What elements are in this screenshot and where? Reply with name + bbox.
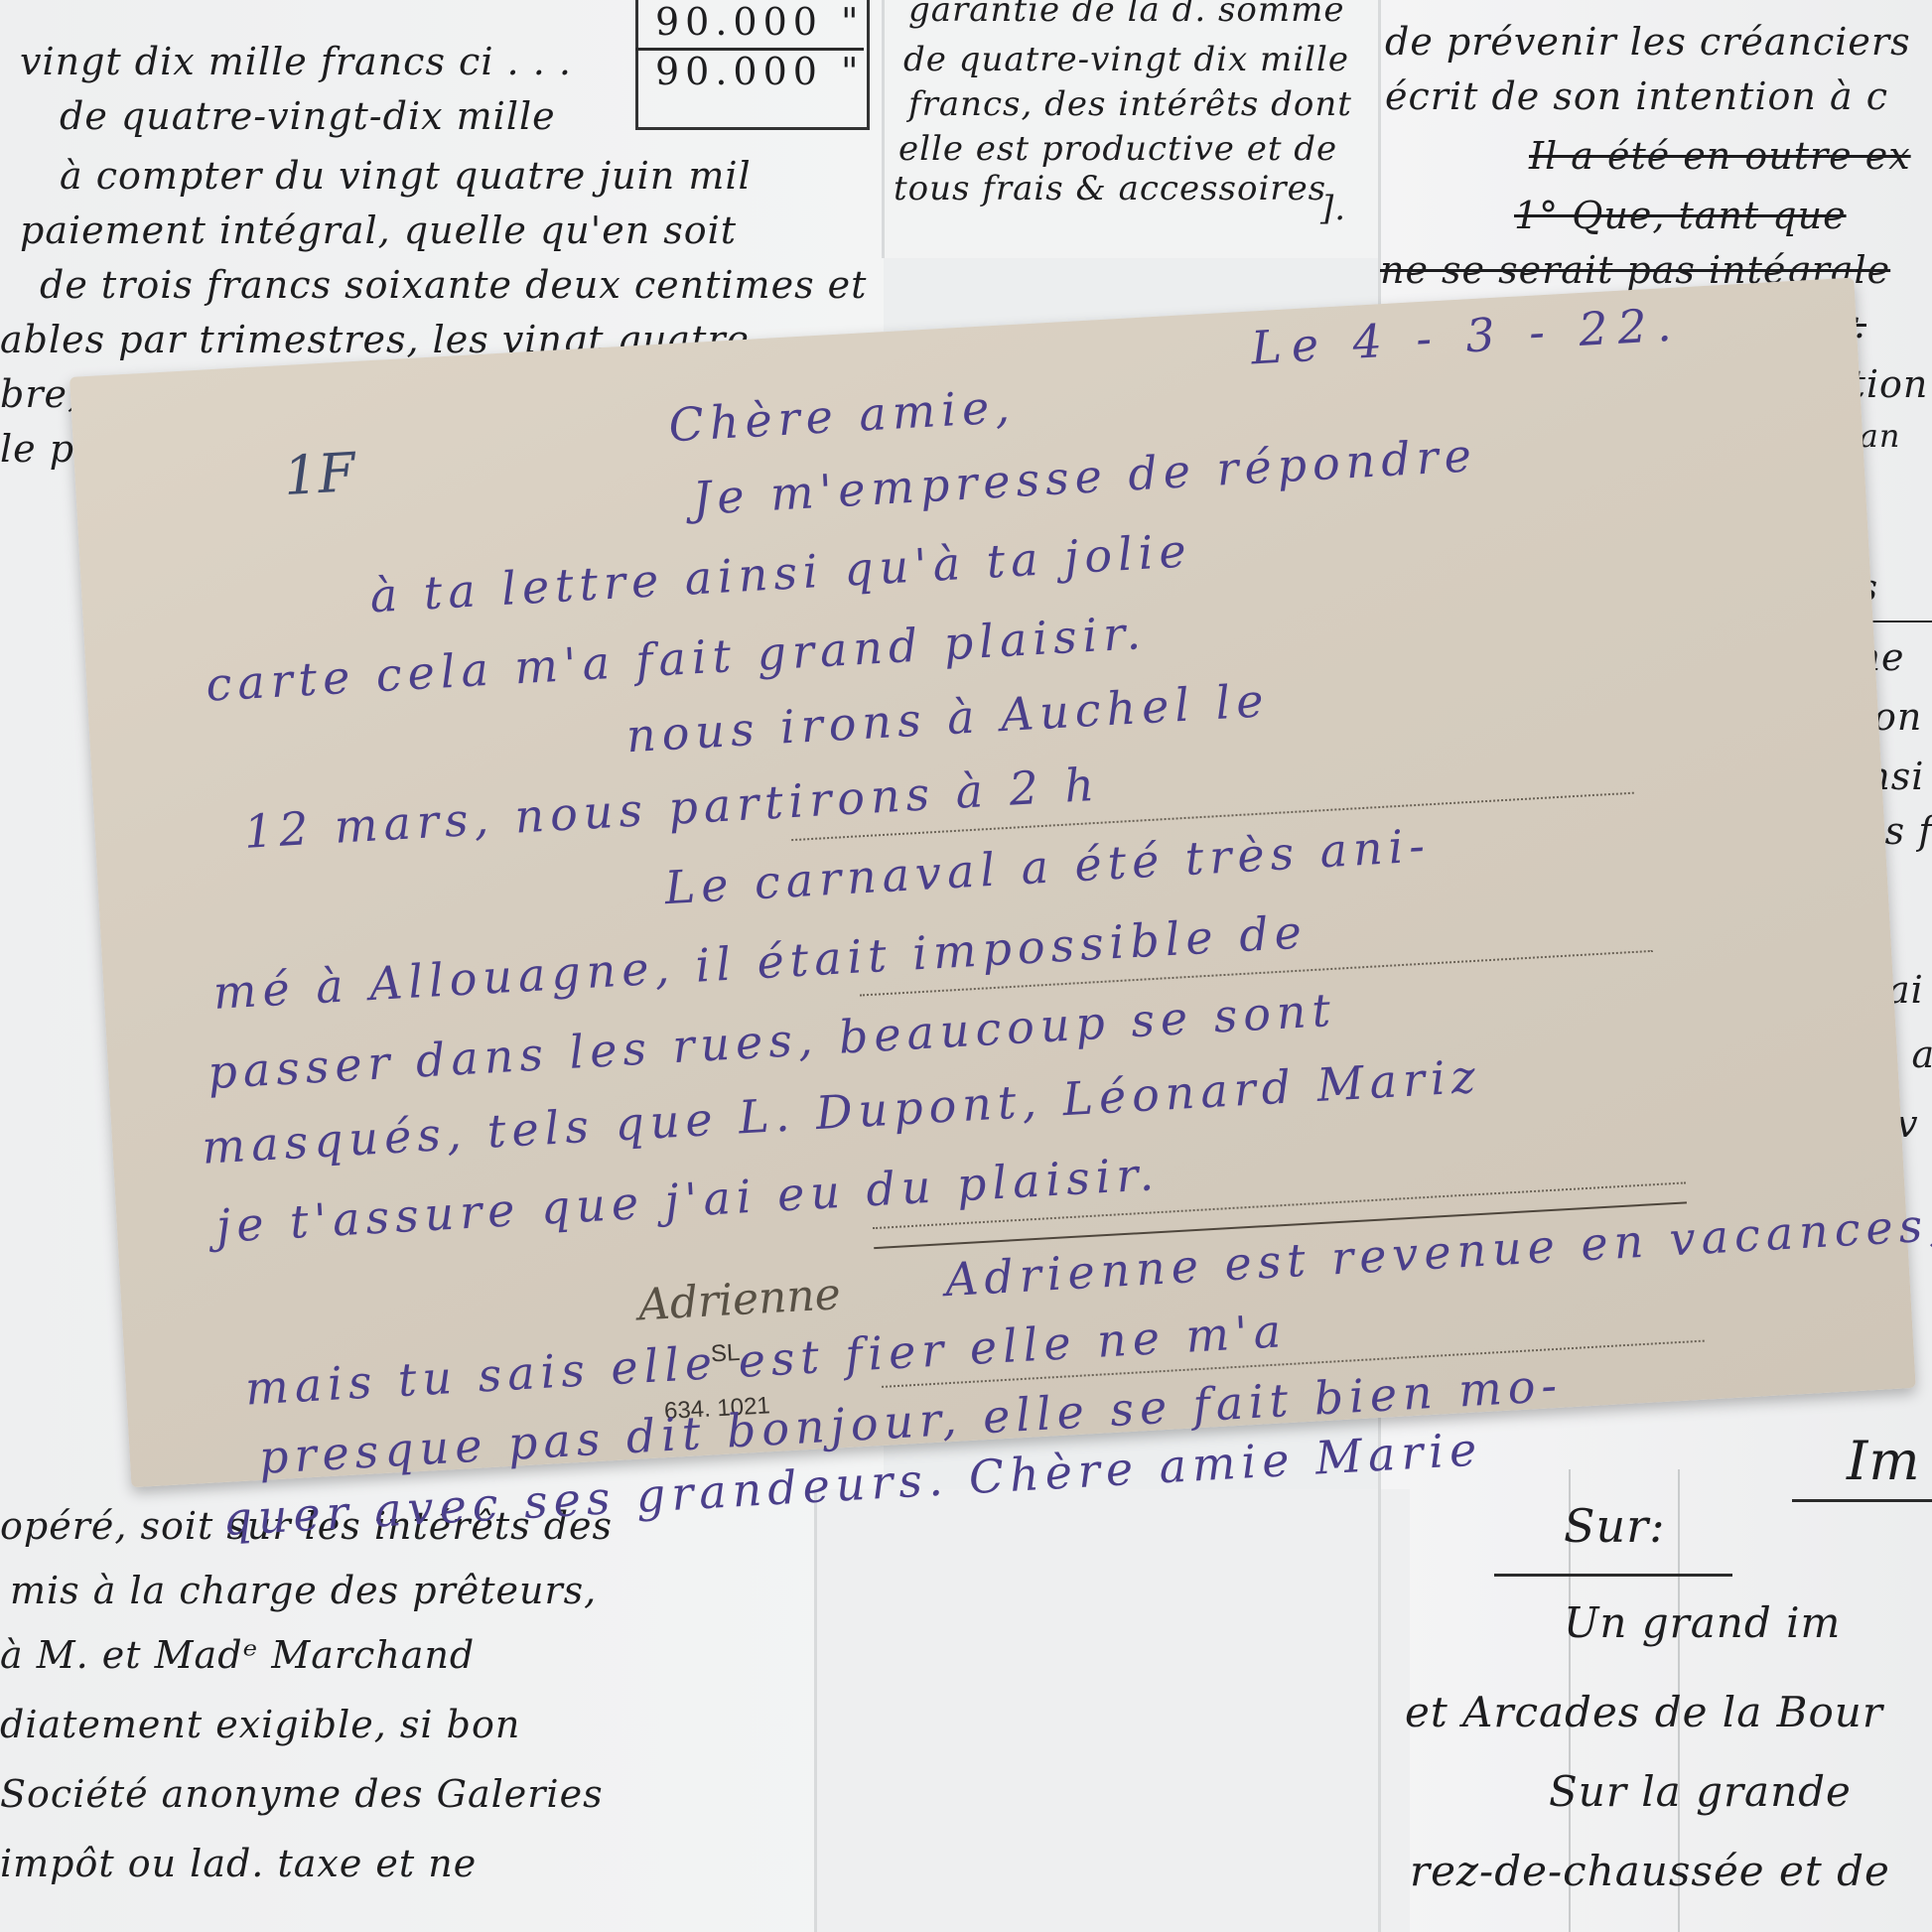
- document-line: vingt dix mille francs ci . . .: [20, 40, 572, 83]
- amount-value: 90.000 ": [655, 50, 865, 93]
- document-line: de trois francs soixante deux centimes e…: [40, 263, 867, 307]
- printed-stamp: Adrienne: [637, 1269, 842, 1330]
- postcard-line: Adrienne est revenue en vacances,: [944, 1197, 1932, 1307]
- document-line: impôt ou lad. taxe et ne: [0, 1842, 477, 1885]
- page-fold: [882, 0, 885, 258]
- postcard-line: à ta lettre ainsi qu'à ta jolie: [368, 523, 1193, 622]
- document-heading: Sur:: [1564, 1499, 1666, 1553]
- document-bottom-page: [814, 1489, 1410, 1932]
- document-line: Sur la grande: [1549, 1767, 1852, 1816]
- document-line: Société anonyme des Galeries: [0, 1772, 604, 1816]
- postcard-line: nous irons à Auchel le: [625, 673, 1271, 762]
- postcard-date: Le 4 - 3 - 22.: [1250, 297, 1683, 374]
- document-line: mis à la charge des prêteurs,: [10, 1569, 597, 1612]
- document-line: paiement intégral, quelle qu'en soit: [20, 208, 737, 252]
- document-line: Un grand im: [1564, 1598, 1841, 1647]
- postcard: Le 4 - 3 - 22. 1F Chère amie, Je m'empre…: [69, 278, 1916, 1488]
- document-line: de quatre-vingt dix mille: [903, 40, 1349, 79]
- document-rule: [1494, 1574, 1732, 1577]
- document-line: à M. et Madᵉ Marchand: [0, 1633, 475, 1677]
- document-line: ].: [1320, 189, 1346, 228]
- document-line: rez-de-chaussée et de: [1410, 1847, 1890, 1895]
- document-line: elle est productive et de: [898, 129, 1337, 169]
- price-mark: 1F: [282, 441, 356, 507]
- struck-document-line: Il a été en outre ex: [1529, 134, 1911, 178]
- page-fold: [814, 1489, 817, 1932]
- document-line: à compter du vingt quatre juin mil: [60, 154, 752, 198]
- document-line: de prévenir les créanciers: [1385, 20, 1911, 64]
- document-rule: [1792, 1499, 1932, 1502]
- postcard-line: Le carnaval a été très ani-: [663, 818, 1432, 914]
- struck-document-line: 1° Que, tant que: [1514, 194, 1847, 237]
- document-line: écrit de son intention à c: [1385, 74, 1888, 118]
- amount-value: 90.000 ": [655, 0, 865, 44]
- postcard-line: Chère amie,: [667, 379, 1017, 452]
- document-line: francs, des intérêts dont: [908, 84, 1352, 124]
- document-line: diatement exigible, si bon: [0, 1703, 520, 1746]
- document-line: garantie de la d. somme: [908, 0, 1344, 30]
- document-line: tous frais & accessoires: [894, 169, 1326, 208]
- document-line: de quatre-vingt-dix mille: [60, 94, 556, 138]
- document-line: et Arcades de la Bour: [1405, 1688, 1883, 1736]
- document-heading: Im: [1847, 1430, 1921, 1492]
